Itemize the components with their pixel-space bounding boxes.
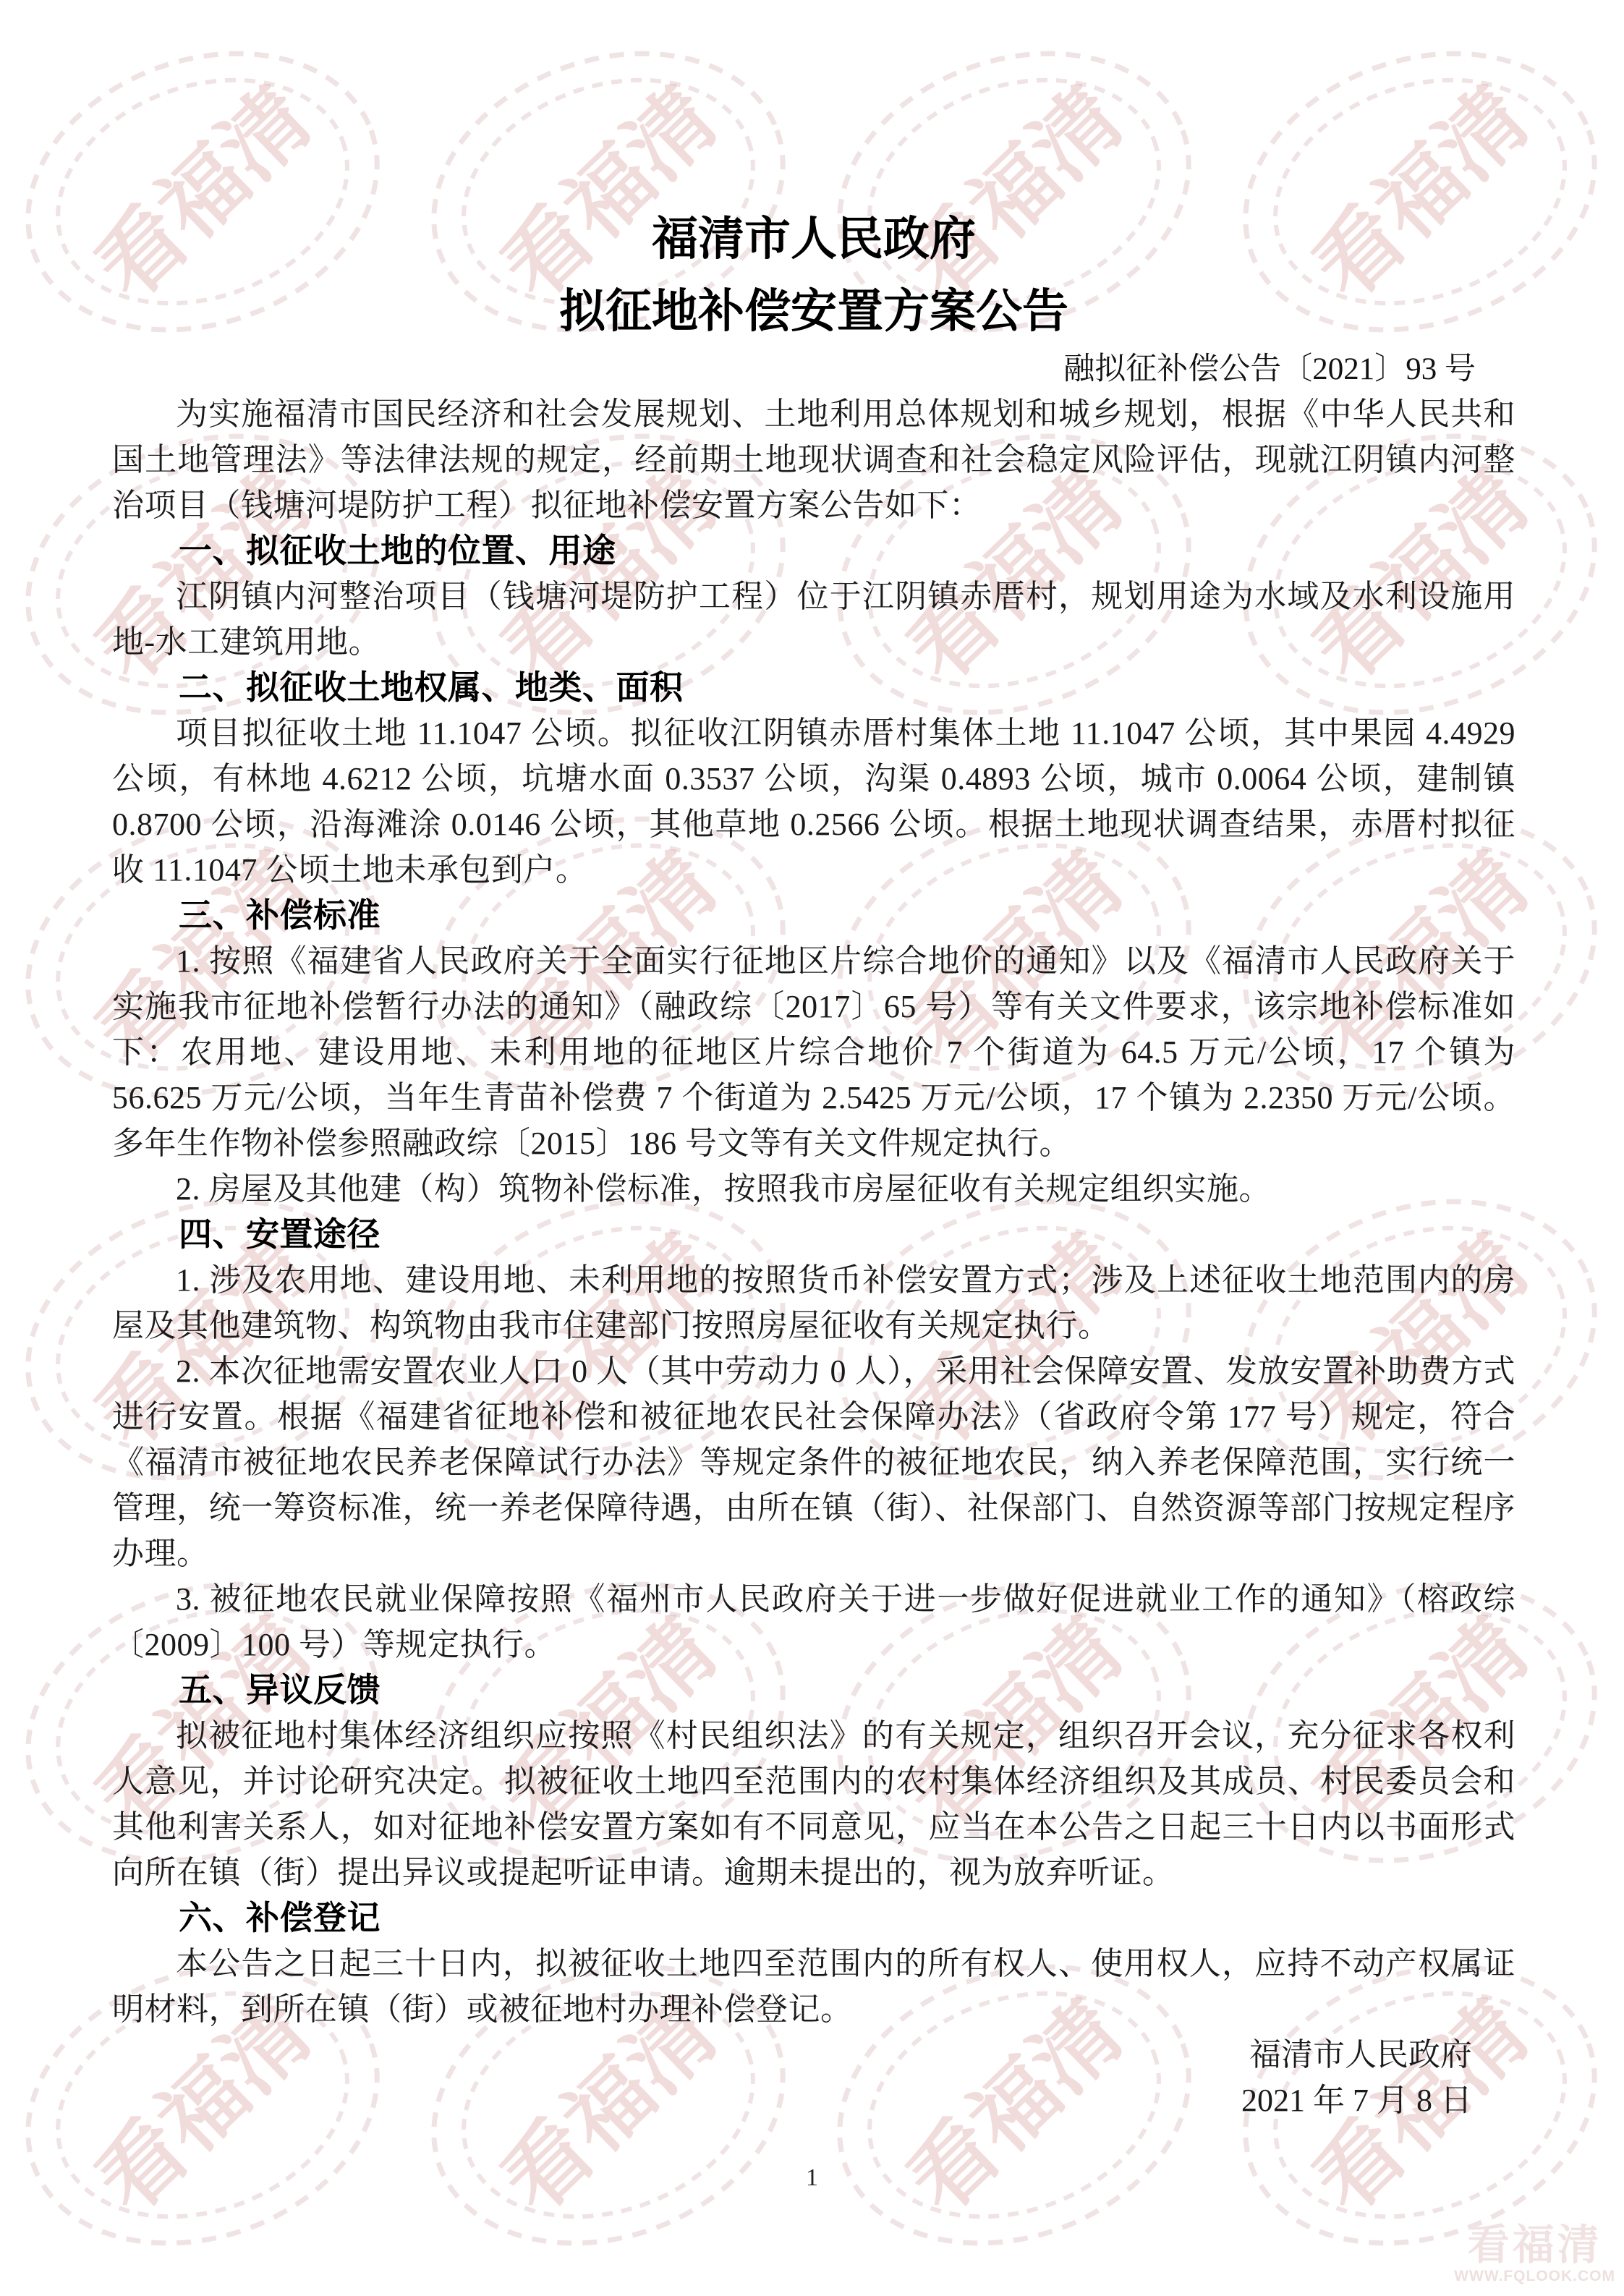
document-number: 融拟征补偿公告〔2021〕93 号 xyxy=(112,352,1515,388)
watermark-corner-logo: 看福清 WWW.FQLOOK.COM xyxy=(1454,2224,1615,2286)
section-4-heading: 四、安置途径 xyxy=(112,1212,1515,1257)
signature-block: 福清市人民政府 2021 年 7 月 8 日 xyxy=(112,2032,1515,2123)
section-3-paragraph-2: 2. 房屋及其他建（构）筑物补偿标准，按照我市房屋征收有关规定组织实施。 xyxy=(112,1166,1515,1212)
section-4-paragraph-2: 2. 本次征地需安置农业人口 0 人（其中劳动力 0 人），采用社会保障安置、发… xyxy=(112,1348,1515,1576)
signature-issuer: 福清市人民政府 xyxy=(112,2032,1472,2078)
section-4-paragraph-3: 3. 被征地农民就业保障按照《福州市人民政府关于进一步做好促进就业工作的通知》（… xyxy=(112,1576,1515,1667)
section-2-heading: 二、拟征收土地权属、地类、面积 xyxy=(112,665,1515,710)
title-line-1: 福清市人民政府 xyxy=(112,203,1515,275)
section-1-paragraph-1: 江阴镇内河整治项目（钱塘河堤防护工程）位于江阴镇赤厝村，规划用途为水域及水利设施… xyxy=(112,574,1515,665)
watermark-corner-site: WWW.FQLOOK.COM xyxy=(1454,2267,1615,2286)
section-6-paragraph-1: 本公告之日起三十日内，拟被征收土地四至范围内的所有权人、使用权人，应持不动产权属… xyxy=(112,1941,1515,2032)
document-content: 福清市人民政府 拟征地补偿安置方案公告 融拟征补偿公告〔2021〕93 号 为实… xyxy=(112,0,1515,2123)
section-1-heading: 一、拟征收土地的位置、用途 xyxy=(112,528,1515,574)
title-line-2: 拟征地补偿安置方案公告 xyxy=(112,275,1515,347)
page-number: 1 xyxy=(0,2164,1624,2192)
section-4-paragraph-1: 1. 涉及农用地、建设用地、未利用地的按照货币补偿安置方式；涉及上述征收土地范围… xyxy=(112,1257,1515,1348)
section-6-heading: 六、补偿登记 xyxy=(112,1895,1515,1941)
watermark-corner-text: 看福清 xyxy=(1454,2224,1615,2267)
signature-date: 2021 年 7 月 8 日 xyxy=(112,2078,1472,2123)
document-page: 看福清看福清看福清看福清看福清看福清看福清看福清看福清看福清看福清看福清看福清看… xyxy=(0,0,1624,2296)
intro-paragraph: 为实施福清市国民经济和社会发展规划、土地利用总体规划和城乡规划，根据《中华人民共… xyxy=(112,391,1515,528)
section-2-paragraph-1: 项目拟征收土地 11.1047 公顷。拟征收江阴镇赤厝村集体土地 11.1047… xyxy=(112,710,1515,893)
page-title: 福清市人民政府 拟征地补偿安置方案公告 xyxy=(112,0,1515,347)
section-3-paragraph-1: 1. 按照《福建省人民政府关于全面实行征地区片综合地价的通知》以及《福清市人民政… xyxy=(112,938,1515,1166)
section-5-paragraph-1: 拟被征地村集体经济组织应按照《村民组织法》的有关规定，组织召开会议，充分征求各权… xyxy=(112,1713,1515,1895)
section-3-heading: 三、补偿标准 xyxy=(112,893,1515,938)
section-5-heading: 五、异议反馈 xyxy=(112,1667,1515,1713)
document-body: 为实施福清市国民经济和社会发展规划、土地利用总体规划和城乡规划，根据《中华人民共… xyxy=(112,391,1515,2032)
